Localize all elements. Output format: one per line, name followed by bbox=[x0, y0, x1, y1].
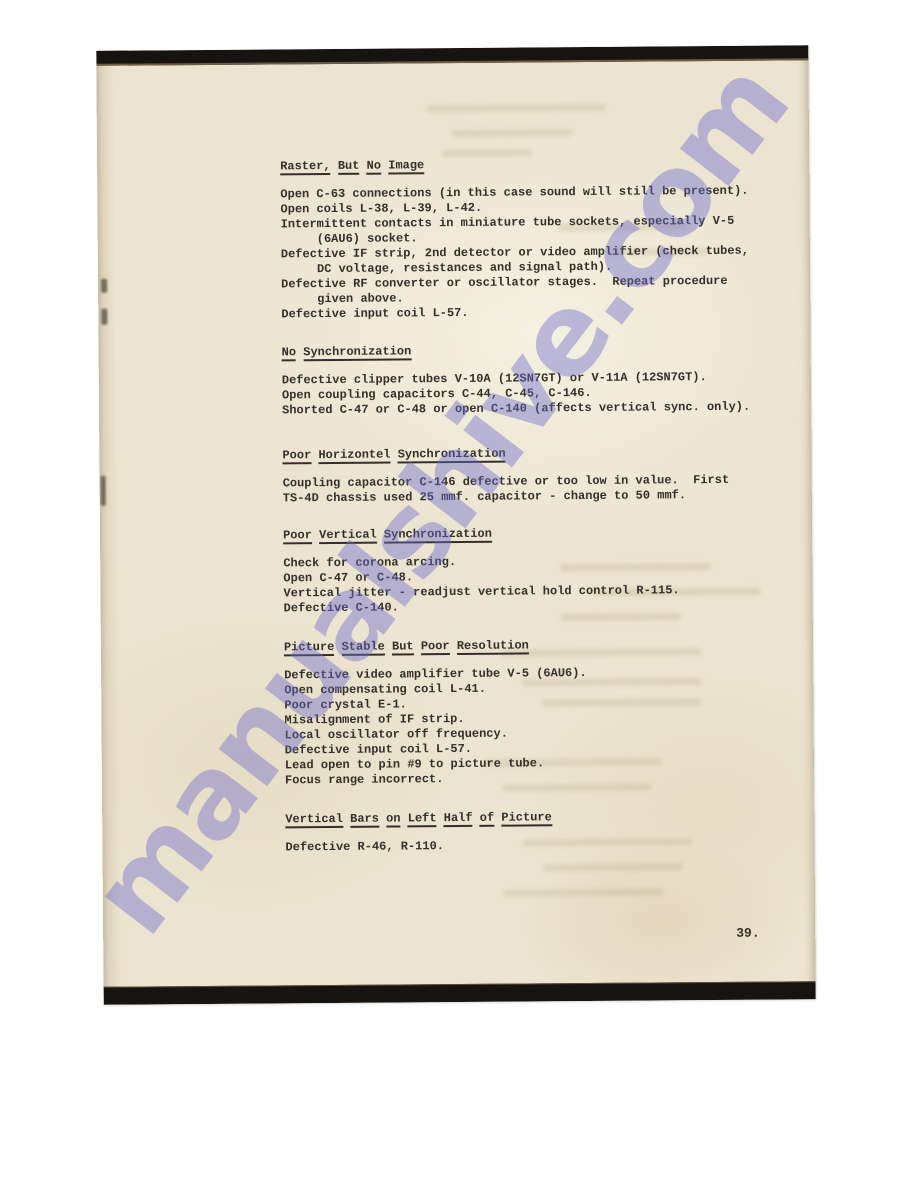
troubleshooting-sections: Raster, But No ImageOpen C-63 connection… bbox=[96, 45, 815, 1005]
section-heading: Poor Vertical Synchronization bbox=[283, 524, 783, 543]
section-line: Shorted C-47 or C-48 or open C-140 (affe… bbox=[282, 399, 782, 418]
section: Vertical Bars on Left Half of PictureDef… bbox=[285, 808, 785, 855]
scan-background: { "page": { "number": "39.", "watermark"… bbox=[0, 0, 918, 1188]
section: Poor Vertical SynchronizationCheck for c… bbox=[283, 524, 784, 616]
section-line: Defective C-140. bbox=[284, 597, 784, 616]
section: No SynchronizationDefective clipper tube… bbox=[282, 341, 783, 418]
section-heading: Poor Horizontel Synchronization bbox=[282, 444, 782, 463]
section-heading: No Synchronization bbox=[282, 341, 782, 360]
page-number: 39. bbox=[736, 926, 760, 941]
section-line: TS-4D chassis used 25 mmf. capacitor - c… bbox=[283, 487, 783, 506]
section-line: Focus range incorrect. bbox=[285, 769, 785, 788]
scanned-manual-page: Raster, But No ImageOpen C-63 connection… bbox=[96, 45, 815, 1005]
section-heading: Vertical Bars on Left Half of Picture bbox=[285, 808, 785, 827]
section-line: Defective input coil L-57. bbox=[281, 303, 781, 322]
section: Raster, But No ImageOpen C-63 connection… bbox=[280, 155, 781, 322]
section-heading: Raster, But No Image bbox=[280, 155, 780, 174]
section-line: Defective R-46, R-110. bbox=[285, 836, 785, 855]
section: Poor Horizontel SynchronizationCoupling … bbox=[282, 444, 782, 506]
section: Picture Stable But Poor ResolutionDefect… bbox=[284, 636, 785, 788]
section-heading: Picture Stable But Poor Resolution bbox=[284, 636, 784, 655]
